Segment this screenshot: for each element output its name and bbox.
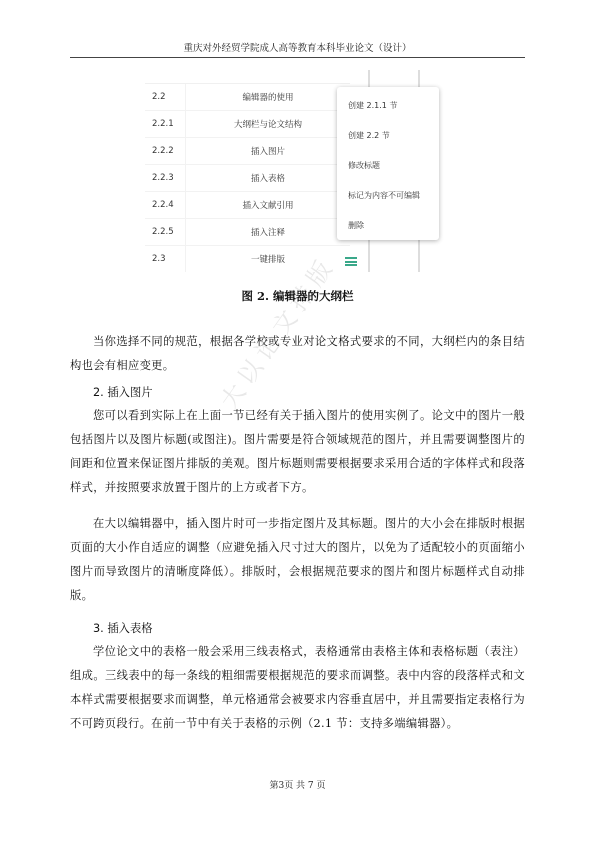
outline-row-number: 2.2.1	[145, 111, 186, 137]
outline-top-row	[145, 70, 350, 84]
menu-item-create-2-1-1[interactable]: 创建 2.1.1 节	[337, 90, 439, 120]
outline-row-number: 2.2.3	[145, 165, 186, 191]
outline-row-title: 插入表格	[186, 172, 350, 184]
menu-item-rename[interactable]: 修改标题	[337, 150, 439, 180]
heading-insert-table: 3. 插入表格	[93, 620, 153, 636]
outline-row-title: 插入图片	[186, 145, 350, 157]
outline-row[interactable]: 2.2.2 插入图片	[145, 138, 350, 165]
outline-row-number: 2.2.4	[145, 192, 186, 218]
outline-figure: 2.2 编辑器的使用 2.2.1 大纲栏与论文结构 2.2.2 插入图片 2.2…	[140, 70, 450, 272]
paragraph-table: 学位论文中的表格一般会采用三线表格式，表格通常由表格主体和表格标题（表注）组成。…	[70, 640, 525, 736]
outline-row-number: 2.2	[145, 84, 186, 110]
outline-row[interactable]: 2.2.1 大纲栏与论文结构	[145, 111, 350, 138]
outline-row-title: 插入注释	[186, 226, 350, 238]
page-header: 重庆对外经贸学院成人高等教育本科毕业论文（设计）	[70, 40, 525, 58]
outline-row-title: 插入文献引用	[186, 199, 350, 211]
outline-row[interactable]: 2.2.3 插入表格	[145, 165, 350, 192]
page-footer: 第3页 共 7 页	[0, 778, 595, 791]
menu-item-create-2-2[interactable]: 创建 2.2 节	[337, 120, 439, 150]
list-icon[interactable]	[345, 257, 357, 266]
outline-row-number: 2.2.2	[145, 138, 186, 164]
outline-row-title: 大纲栏与论文结构	[186, 118, 350, 130]
paragraph-image-1: 您可以看到实际上在上面一节已经有关于插入图片的使用实例了。论文中的图片一般包括图…	[70, 404, 525, 500]
outline-panel: 2.2 编辑器的使用 2.2.1 大纲栏与论文结构 2.2.2 插入图片 2.2…	[145, 70, 350, 272]
menu-item-lock-content[interactable]: 标记为内容不可编辑	[337, 180, 439, 210]
outline-row-title: 编辑器的使用	[186, 91, 350, 103]
paragraph-outline: 当你选择不同的规范，根据各学校或专业对论文格式要求的不同，大纲栏内的条目结构也会…	[70, 330, 525, 378]
outline-row[interactable]: 2.2 编辑器的使用	[145, 84, 350, 111]
heading-insert-image: 2. 插入图片	[93, 384, 153, 400]
context-menu: 创建 2.1.1 节 创建 2.2 节 修改标题 标记为内容不可编辑 删除	[337, 87, 439, 240]
outline-row-number: 2.3	[145, 246, 186, 272]
outline-row[interactable]: 2.2.4 插入文献引用	[145, 192, 350, 219]
paragraph-image-2: 在大以编辑器中，插入图片时可一步指定图片及其标题。图片的大小会在排版时根据页面的…	[70, 512, 525, 608]
outline-row-number: 2.2.5	[145, 219, 186, 245]
outline-row[interactable]: 2.2.5 插入注释	[145, 219, 350, 246]
menu-item-delete[interactable]: 删除	[337, 210, 439, 240]
